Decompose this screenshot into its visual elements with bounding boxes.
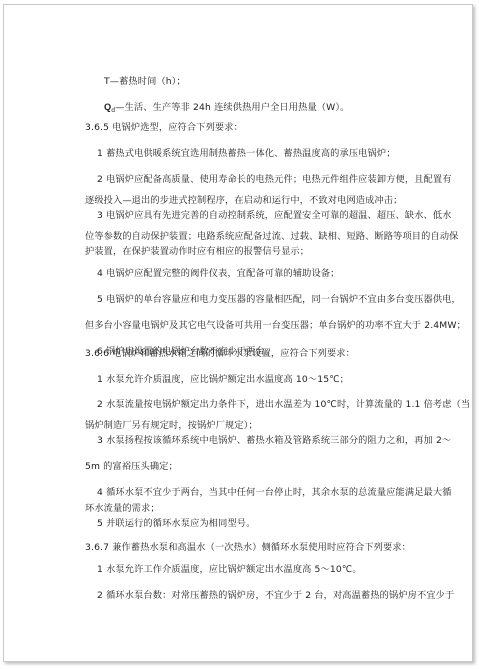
text-line: 但多台小容量电锅炉及其它电气设备可共用一台变压器；单台锅炉的功率不宜大于 2.4…: [85, 320, 466, 332]
text-line: 2 电锅炉应配备高质量、使用寿命长的电热元件；电热元件组件应装卸方便，且配置有: [97, 174, 452, 186]
text-line: 3 电锅炉应具有先进完善的自动控制系统，应配置安全可靠的超温、超压、缺水、低水: [97, 210, 452, 222]
section-heading: 3.6.6 电锅炉和蓄热水箱之间的循环水泵设置，应符合下列要求：: [85, 348, 355, 360]
section-heading: 3.6.5 电锅炉选型，应符合下列要求：: [85, 122, 243, 134]
text-line: 2 水泵流量按电锅炉额定出力条件下，进出水温差为 10℃时，计算流量的 1.1 …: [97, 399, 470, 411]
text-line: 逐级投入—退出的步进式控制程序，在启动和运行中，不致对电网造成冲击；: [85, 195, 402, 207]
text-line: 4 循环水泵不宜少于两台，当其中任何一台停止时，其余水泵的总流量应能满足最大循: [97, 487, 452, 499]
text-line: 锅炉制造厂另有规定时，按锅炉厂规定）；: [85, 420, 258, 432]
text-line: 2 循环水泵台数：对常压蓄热的锅炉房，不宜少于 2 台，对高温蓄热的锅炉房不宜少…: [97, 590, 454, 602]
text-line: 护装置，在保护装置动作时应有相应的报警信号显示；: [85, 246, 309, 258]
text-line: 1 水泵允许介质温度，应比锅炉额定出水温度高 10～15℃；: [97, 374, 349, 386]
text-line: 位等参数的自动保护装置；电路系统应配备过流、过载、缺相、短路、断路等项目的自动保: [85, 231, 459, 243]
text-line: 4 电锅炉应配置完整的阀件仪表，宜配备可靠的辅助设备；: [97, 268, 340, 280]
text-line: 环水流量的需求；: [85, 503, 160, 515]
text-line: 5 并联运行的循环水泵应为相同型号。: [97, 518, 255, 530]
text-line-rest: —生活、生产等非 24h 连续供热用户全日用热量（W）。: [115, 102, 349, 113]
text-line: 3 水泵扬程按该循环系统中电锅炉、蓄热水箱及管路系统三部分的阻力之和，再加 2～: [97, 435, 451, 447]
section-heading: 3.6.7 兼作蓄热水泵和高温水（一次热水）侧循环水泵使用时应符合下列要求：: [85, 542, 411, 554]
text-line: 1 水泵允许工作介质温度，应比锅炉额定出水温度高 5～10℃。: [97, 564, 362, 576]
text-line: 1 蓄热式电供暖系统宜选用制热蓄热一体化、蓄热温度高的承压电锅炉；: [97, 148, 396, 160]
text-line: 5m 的富裕压头确定；: [85, 461, 178, 473]
text-line: 5 电锅炉的单台容量应和电力变压器的容量相匹配，同一台锅炉不宜由多台变压器供电，: [97, 294, 461, 306]
text-line: T—蓄热时间（h）；: [104, 76, 186, 88]
text-line: Qd—生活、生产等非 24h 连续供热用户全日用热量（W）。: [104, 101, 349, 117]
